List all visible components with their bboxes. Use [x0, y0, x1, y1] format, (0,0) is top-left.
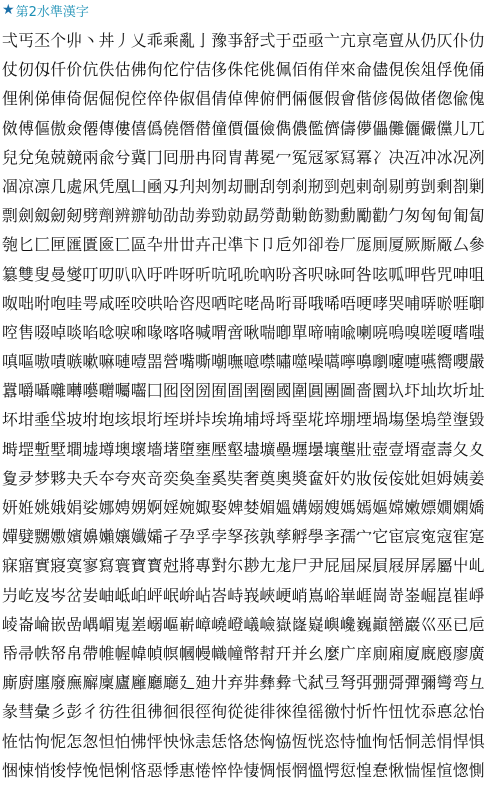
section-header: ★ 第2水準漢字	[2, 1, 89, 19]
kanji-line: 嬋嬖嬲嫐嬪嬶嬾孃孅孀孑孕孚孛孥孩孰孳孵學斈孺宀它宦宸寃寇寉寔	[2, 522, 500, 551]
star-icon: ★	[2, 3, 15, 17]
kanji-line: 兒兌兔兢竸兩兪兮冀冂囘册冉冏冑冓冕冖冤冦冢冩冪冫决冱冲冰况冽	[2, 143, 500, 172]
kanji-line: 凅凉凛几處凩凭凰凵凾刄刋刔刎刧刪刮刳刹剏剄剋剌剞剔剪剴剩剳剿	[2, 172, 500, 201]
kanji-line: 囂嚼囁囃囀囈囎囑囓囗囮囹圀囿圄圉圈國圍圓團圖嗇圜圦圷圸坎圻址	[2, 376, 500, 405]
section-title: 第2水準漢字	[16, 1, 89, 20]
kanji-line: 崚崙崘嵌嵒嵎嵋嵬嵳嵶嶇嶄嶂嶢嶝嶬嶮嶽嶐嶷嶼巉巍巓巒巖巛巫已巵	[2, 610, 500, 639]
kanji-line: 塒堽塹墅墹墟墫墺壞墻墸墮壅壓壑壗壙壘壥壜壤壟壯壺壹壻壼壽夂夊	[2, 435, 500, 464]
kanji-line: 弌丐丕个丱丶丼丿乂乖乘亂亅豫亊舒弍于亞亟亠亢亰亳亶从仍仄仆仂	[2, 26, 500, 55]
kanji-line: 恠怙怐怩怎怱怛怕怫怦怏怺恚恁恪恷恟恊恆恍恣恃恤恂恬恫恙悁悍惧	[2, 727, 500, 756]
kanji-line: 屶屹岌岑岔妛岫岻岶岼岷峅岾峇峙峩峽峺峭嶌峪崋崕崗嵜崟崛崑崔崢	[2, 581, 500, 610]
kanji-line: 呶咄咐咆哇咢咸咥咬哄哈咨咫哂咤咾咼哘哥哦唏唔哽哮哭哺哢唹啀啣	[2, 289, 500, 318]
kanji-line: 傚傅傴傲僉僊傳僂僖僞僥僭僣僮價僵儉儁儂儖儕儔儚儡儺儷儼儻儿兀	[2, 114, 500, 143]
kanji-grid: 弌丐丕个丱丶丼丿乂乖乘亂亅豫亊舒弍于亞亟亠亢亰亳亶从仍仄仆仂 仗仞仭仟价伉佚估佛…	[2, 26, 500, 785]
kanji-line: 簒雙叟曼燮叮叨叭叺吁吽呀听吭吼吮吶吩吝呎咏呵咎呟呱呷呰咒呻咀	[2, 260, 500, 289]
kanji-line: 匏匕匚匣匯匱匳匸區卆卅丗卉卍凖卞卩卮夘卻卷厂厖厠厦厥厮厰厶參	[2, 230, 500, 259]
kanji-line: 俚俐俤俥倚倨倔倪倥倅伜俶倡倩倬俾俯們倆偃假會偕偐偈做偖偬偸傀	[2, 84, 500, 113]
kanji-line: 妍姙姚娥娟娑娜娉娚婀婬婉娵娶婢婪媚媼媾嫋嫂媽嫣嫗嫦嫩嫖嫺嫻嬌	[2, 493, 500, 522]
kanji-line: 悃悚悄悛悖悗悒悧悋惡悸惠惓悴忰悽惆悵惘慍愕愆惶惷愀惴惺愃愡惻	[2, 756, 500, 785]
kanji-line: 彖彗彙彡彭彳彷徃徂彿徊很徑徇從徙徘徠徨徭徼忖忻忤忸忱忝悳忿怡	[2, 697, 500, 726]
kanji-line: 仗仞仭仟价伉佚估佛佝佗佇佶侈侏侘佻佩佰侑佯來侖儘俔俟俎俘俛俑	[2, 55, 500, 84]
kanji-line: 嗔嘔嗷嘖嗾嗽嘛嗹噎噐營嘴嘶嘲嘸噫噤嘯噬噪嚆嚀嚊嚠嚔嚏嚥嚮嚶嚴	[2, 347, 500, 376]
kanji-line: 寐寤實寢寞寥寫寰寶寳尅將專對尓尠尢尨尸尹屁屆屎屓屐屏孱屬屮乢	[2, 551, 500, 580]
kanji-line: 啌售啜啅啖啗唸唳啝喙喀咯喊喟啻啾喘喞單啼喃喩喇喨嗚嗅嗟嗄嗜嗤	[2, 318, 500, 347]
kanji-line: 廝廚廛廢廡廨廩廬廱廳廰廴廸廾弃弉彝彜弋弑弖弩弭弸彁彈彌彎弯彑	[2, 668, 500, 697]
kanji-line: 夐夛梦夥夬夭夲夸夾竒奕奐奎奚奘奢奠奧奬奩奸妁妝佞侫妣妲姆姨姜	[2, 464, 500, 493]
kanji-line: 坏坩埀垈坡坿垉垓垠垳垤垪垰埃埆埔埒埓堊埖埣堋堙堝塲堡塢塋塰毀	[2, 405, 500, 434]
kanji-line: 帋帚帙帑帛帶帷幄幃幀幎幗幔幟幢幤幇幵并幺麼广庠廁廂廈廐廏廖廣	[2, 639, 500, 668]
kanji-line: 剽劍劔劒剱劈劑辨辧劬劭劼劵勁勍勗勞勣勦飭勠勳勵勸勹匆匈甸匍匐	[2, 201, 500, 230]
